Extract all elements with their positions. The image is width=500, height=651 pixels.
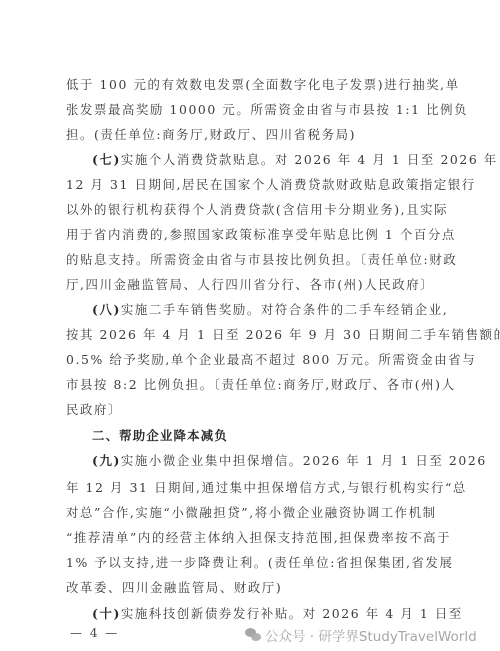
page-number: — 4 — xyxy=(70,626,119,640)
text-line: 担。(责任单位:商务厅,财政厅、四川省税务局) xyxy=(66,127,436,143)
item-nine-label: (九) xyxy=(92,453,121,468)
text-line: 市县按 8:2 比例负担。〔责任单位:商务厅,财政厅、各市(州)人 xyxy=(66,377,436,393)
text-line: 张发票最高奖励 10000 元。所需资金由省与市县按 1:1 比例负 xyxy=(66,102,436,118)
text-line: 用于省内消费的,参照国家政策标准享受年贴息比例 1 个百分点 xyxy=(66,227,436,243)
item-ten-label: (十) xyxy=(92,606,121,621)
item-seven-text: 实施个人消费贷款贴息。对 2026 年 4 月 1 日至 2026 年 xyxy=(121,152,498,167)
text-line: 年 12 月 31 日期间,通过集中担保增信方式,与银行机构实行“总 xyxy=(66,480,436,496)
text-line: 对总”合作,实施“小微融担贷”,将小微企业融资协调工作机制 xyxy=(66,505,436,521)
section-heading: 二、帮助企业降本减负 xyxy=(92,428,436,444)
watermark: 公众号 · 研学界StudyTravelWorld xyxy=(245,625,477,645)
text-line: 民政府〕 xyxy=(66,402,436,418)
text-line: 厅,四川金融监管局、人行四川省分行、各市(州)人民政府〕 xyxy=(66,277,436,293)
item-nine-line: (九)实施小微企业集中担保增信。2026 年 1 月 1 日至 2026 xyxy=(92,453,436,469)
text-line: 1% 予以支持,进一步降费让利。(责任单位:省担保集团,省发展 xyxy=(66,555,436,571)
text-line: 的贴息支持。所需资金由省与市县按比例负担。〔责任单位:财政 xyxy=(66,252,436,268)
item-eight-line: (八)实施二手车销售奖励。对符合条件的二手车经销企业, xyxy=(92,302,436,318)
item-seven-label: (七) xyxy=(92,152,121,167)
text-line: 0.5% 给予奖励,单个企业最高不超过 800 万元。所需资金由省与 xyxy=(66,352,436,368)
item-nine-text: 实施小微企业集中担保增信。2026 年 1 月 1 日至 2026 xyxy=(121,453,487,468)
item-seven-line: (七)实施个人消费贷款贴息。对 2026 年 4 月 1 日至 2026 年 xyxy=(92,152,436,168)
text-line: “推荐清单”内的经营主体纳入担保支持范围,担保费率按不高于 xyxy=(66,530,436,546)
wechat-icon xyxy=(245,628,261,642)
text-line: 按其 2026 年 4 月 1 日至 2026 年 9 月 30 日期间二手车销… xyxy=(66,327,436,343)
item-eight-text: 实施二手车销售奖励。对符合条件的二手车经销企业, xyxy=(121,302,448,317)
text-line: 低于 100 元的有效数电发票(全面数字化电子发票)进行抽奖,单 xyxy=(66,77,436,93)
text-line: 改革委、四川金融监管局、财政厅) xyxy=(66,580,436,596)
document-page: 低于 100 元的有效数电发票(全面数字化电子发票)进行抽奖,单 张发票最高奖励… xyxy=(0,0,500,651)
text-line: 12 月 31 日期间,居民在国家个人消费贷款财政贴息政策指定银行 xyxy=(66,177,436,193)
item-eight-label: (八) xyxy=(92,302,121,317)
text-line: 以外的银行机构获得个人消费贷款(含信用卡分期业务),且实际 xyxy=(66,202,436,218)
watermark-text: 公众号 · 研学界StudyTravelWorld xyxy=(265,625,477,645)
item-ten-line: (十)实施科技创新债券发行补贴。对 2026 年 4 月 1 日至 xyxy=(92,606,436,622)
item-ten-text: 实施科技创新债券发行补贴。对 2026 年 4 月 1 日至 xyxy=(121,606,463,621)
